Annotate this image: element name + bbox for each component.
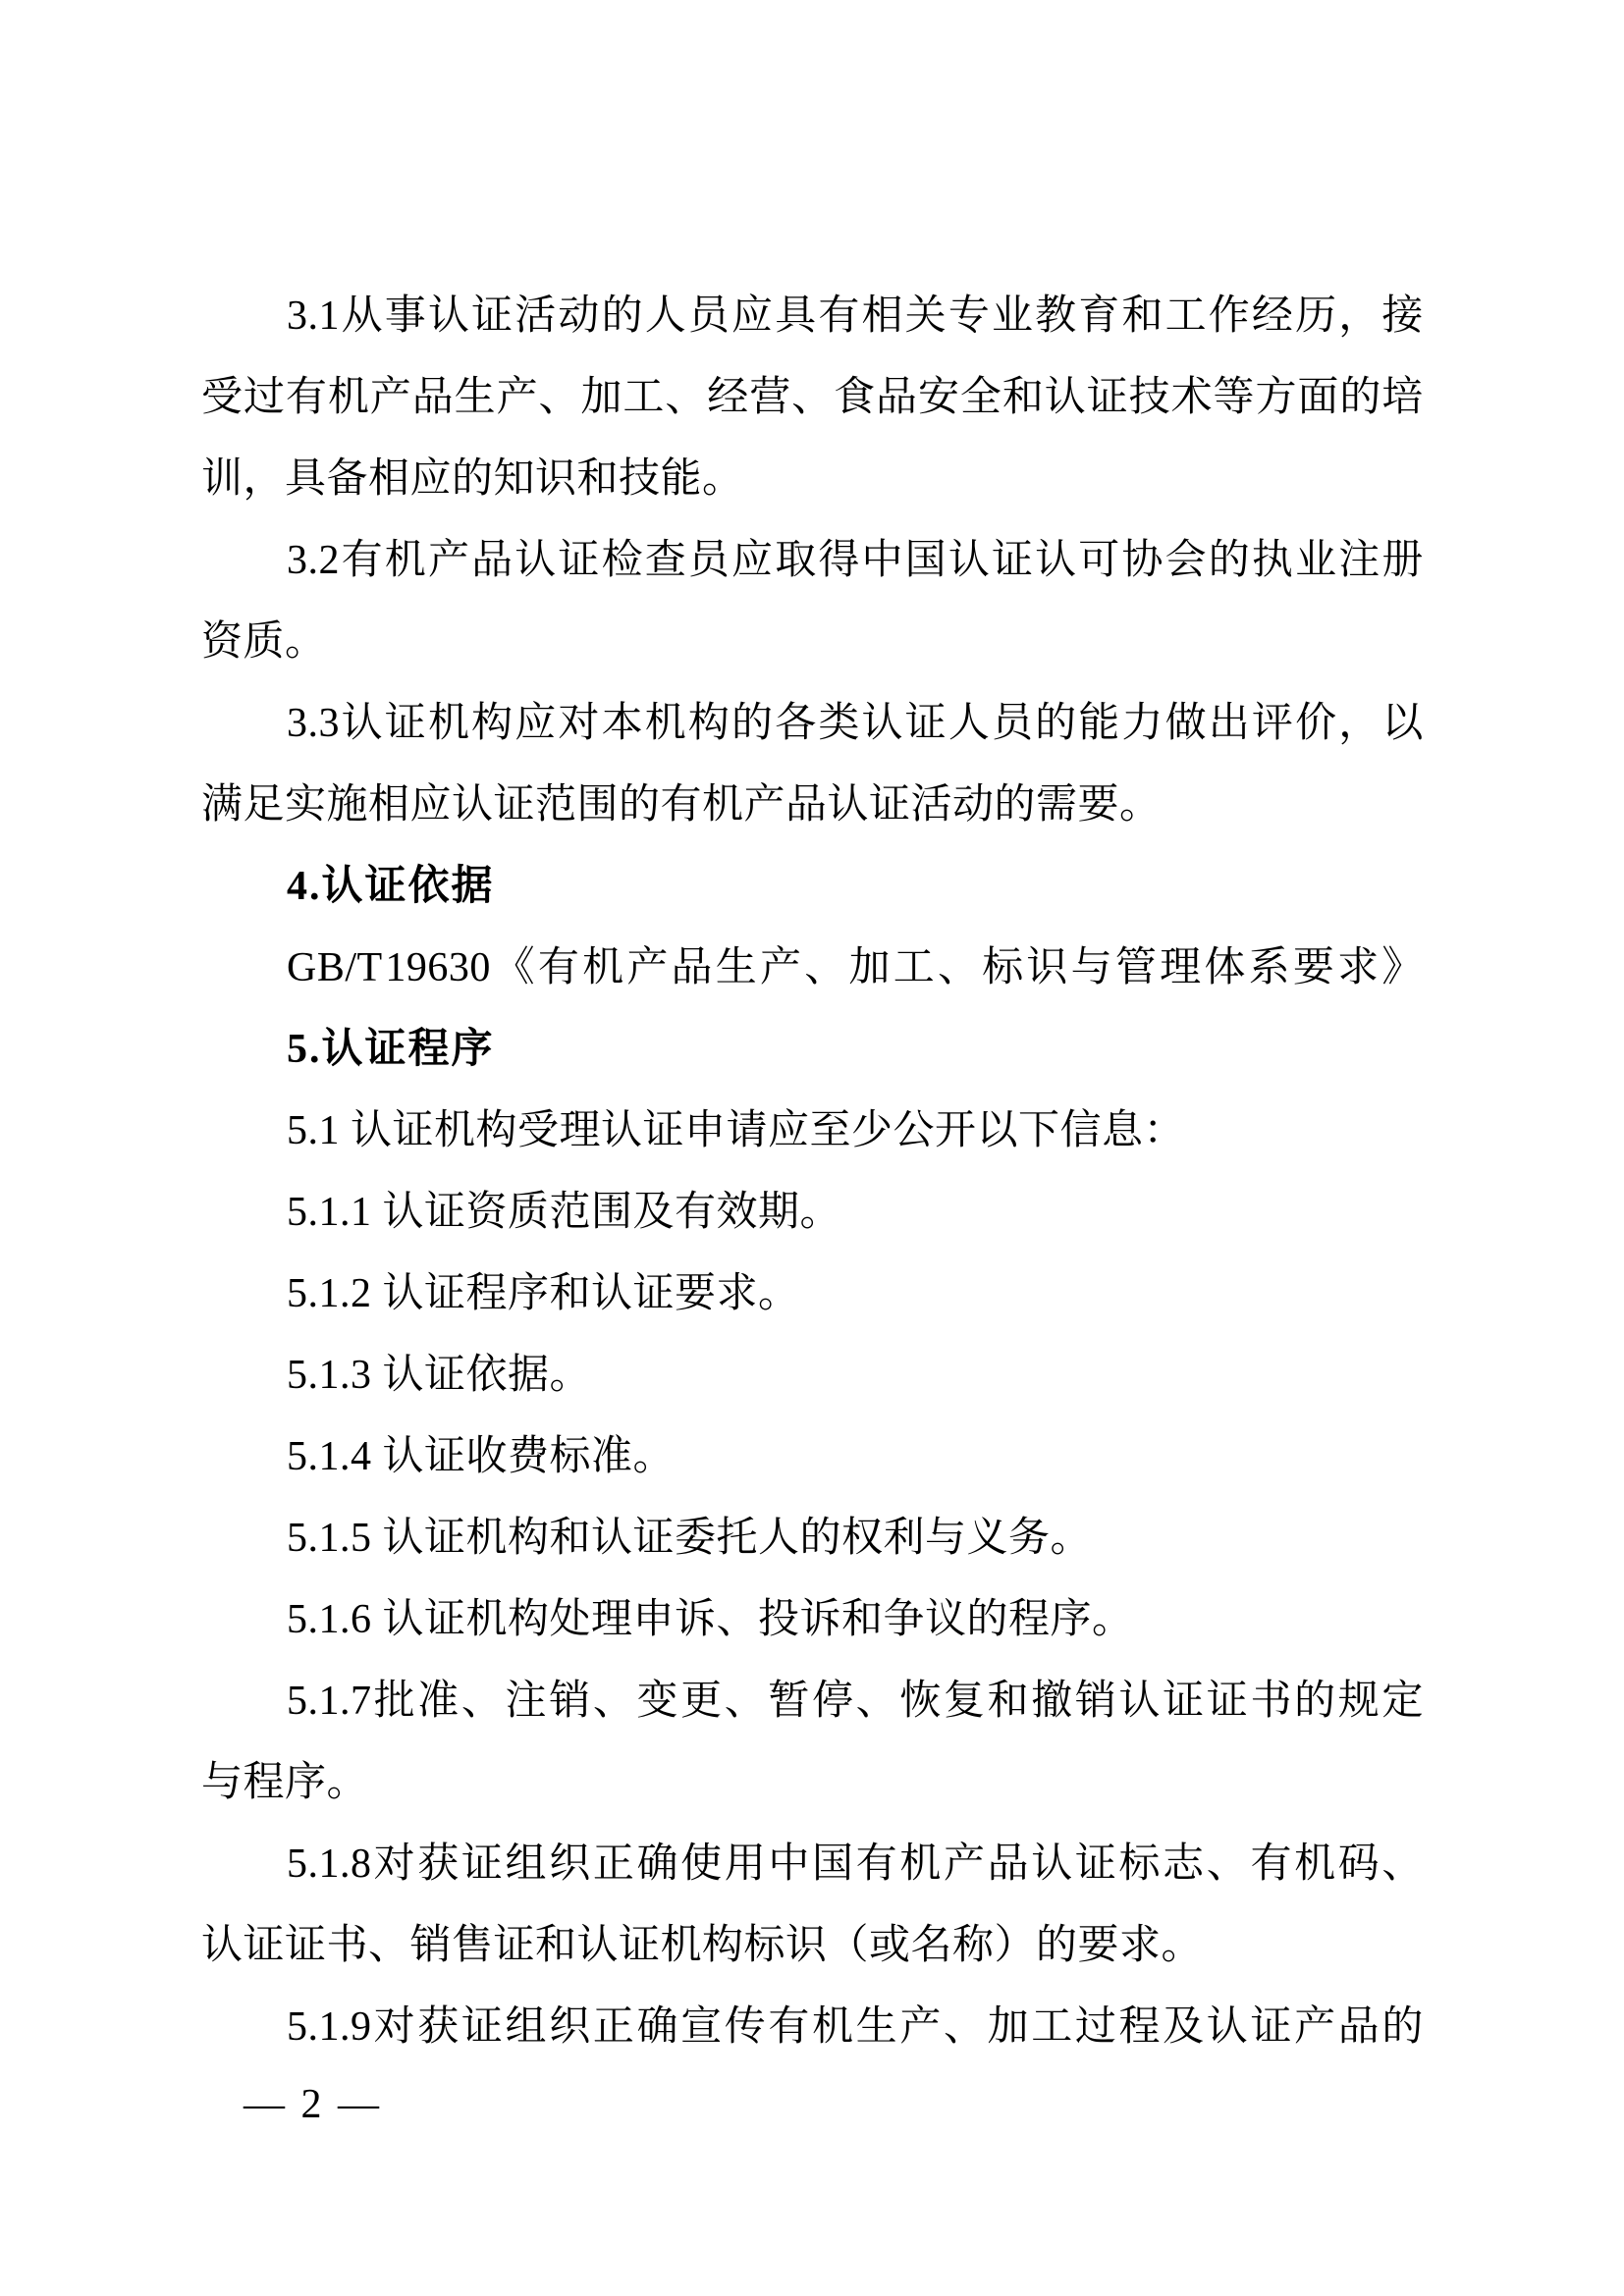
para-3-1-line-3: 训，具备相应的知识和技能。: [201, 439, 1424, 520]
para-5-1: 5.1 认证机构受理认证申请应至少公开以下信息：: [201, 1091, 1424, 1172]
para-3-3-line-1: 3.3认证机构应对本机构的各类认证人员的能力做出评价，以: [201, 683, 1424, 765]
para-3-1-line-1: 3.1从事认证活动的人员应具有相关专业教育和工作经历，接: [201, 276, 1424, 357]
para-5-1-2: 5.1.2 认证程序和认证要求。: [201, 1254, 1424, 1335]
para-5-1-4: 5.1.4 认证收费标准。: [201, 1416, 1424, 1498]
para-5-1-6: 5.1.6 认证机构处理申诉、投诉和争议的程序。: [201, 1579, 1424, 1661]
para-5-1-3: 5.1.3 认证依据。: [201, 1335, 1424, 1416]
para-5-1-5: 5.1.5 认证机构和认证委托人的权利与义务。: [201, 1498, 1424, 1579]
para-5-1-9-line-1: 5.1.9对获证组织正确宣传有机生产、加工过程及认证产品的: [201, 1987, 1424, 2068]
para-3-2-line-2: 资质。: [201, 602, 1424, 683]
heading-4-certification-basis: 4.认证依据: [201, 846, 1424, 928]
para-gbt-19630: GB/T19630《有机产品生产、加工、标识与管理体系要求》: [201, 928, 1424, 1009]
document-page: 3.1从事认证活动的人员应具有相关专业教育和工作经历，接 受过有机产品生产、加工…: [0, 0, 1624, 2296]
document-body: 3.1从事认证活动的人员应具有相关专业教育和工作经历，接 受过有机产品生产、加工…: [201, 276, 1424, 2068]
para-5-1-8-line-1: 5.1.8对获证组织正确使用中国有机产品认证标志、有机码、: [201, 1824, 1424, 1905]
para-5-1-7-line-1: 5.1.7批准、注销、变更、暂停、恢复和撤销认证证书的规定: [201, 1661, 1424, 1742]
para-3-3-line-2: 满足实施相应认证范围的有机产品认证活动的需要。: [201, 765, 1424, 846]
heading-5-certification-procedure: 5.认证程序: [201, 1009, 1424, 1091]
para-5-1-8-line-2: 认证证书、销售证和认证机构标识（或名称）的要求。: [201, 1905, 1424, 1987]
para-3-1-line-2: 受过有机产品生产、加工、经营、食品安全和认证技术等方面的培: [201, 357, 1424, 439]
para-5-1-1: 5.1.1 认证资质范围及有效期。: [201, 1172, 1424, 1254]
para-5-1-7-line-2: 与程序。: [201, 1742, 1424, 1824]
page-number: — 2 —: [244, 2064, 382, 2146]
para-3-2-line-1: 3.2有机产品认证检查员应取得中国认证认可协会的执业注册: [201, 520, 1424, 602]
